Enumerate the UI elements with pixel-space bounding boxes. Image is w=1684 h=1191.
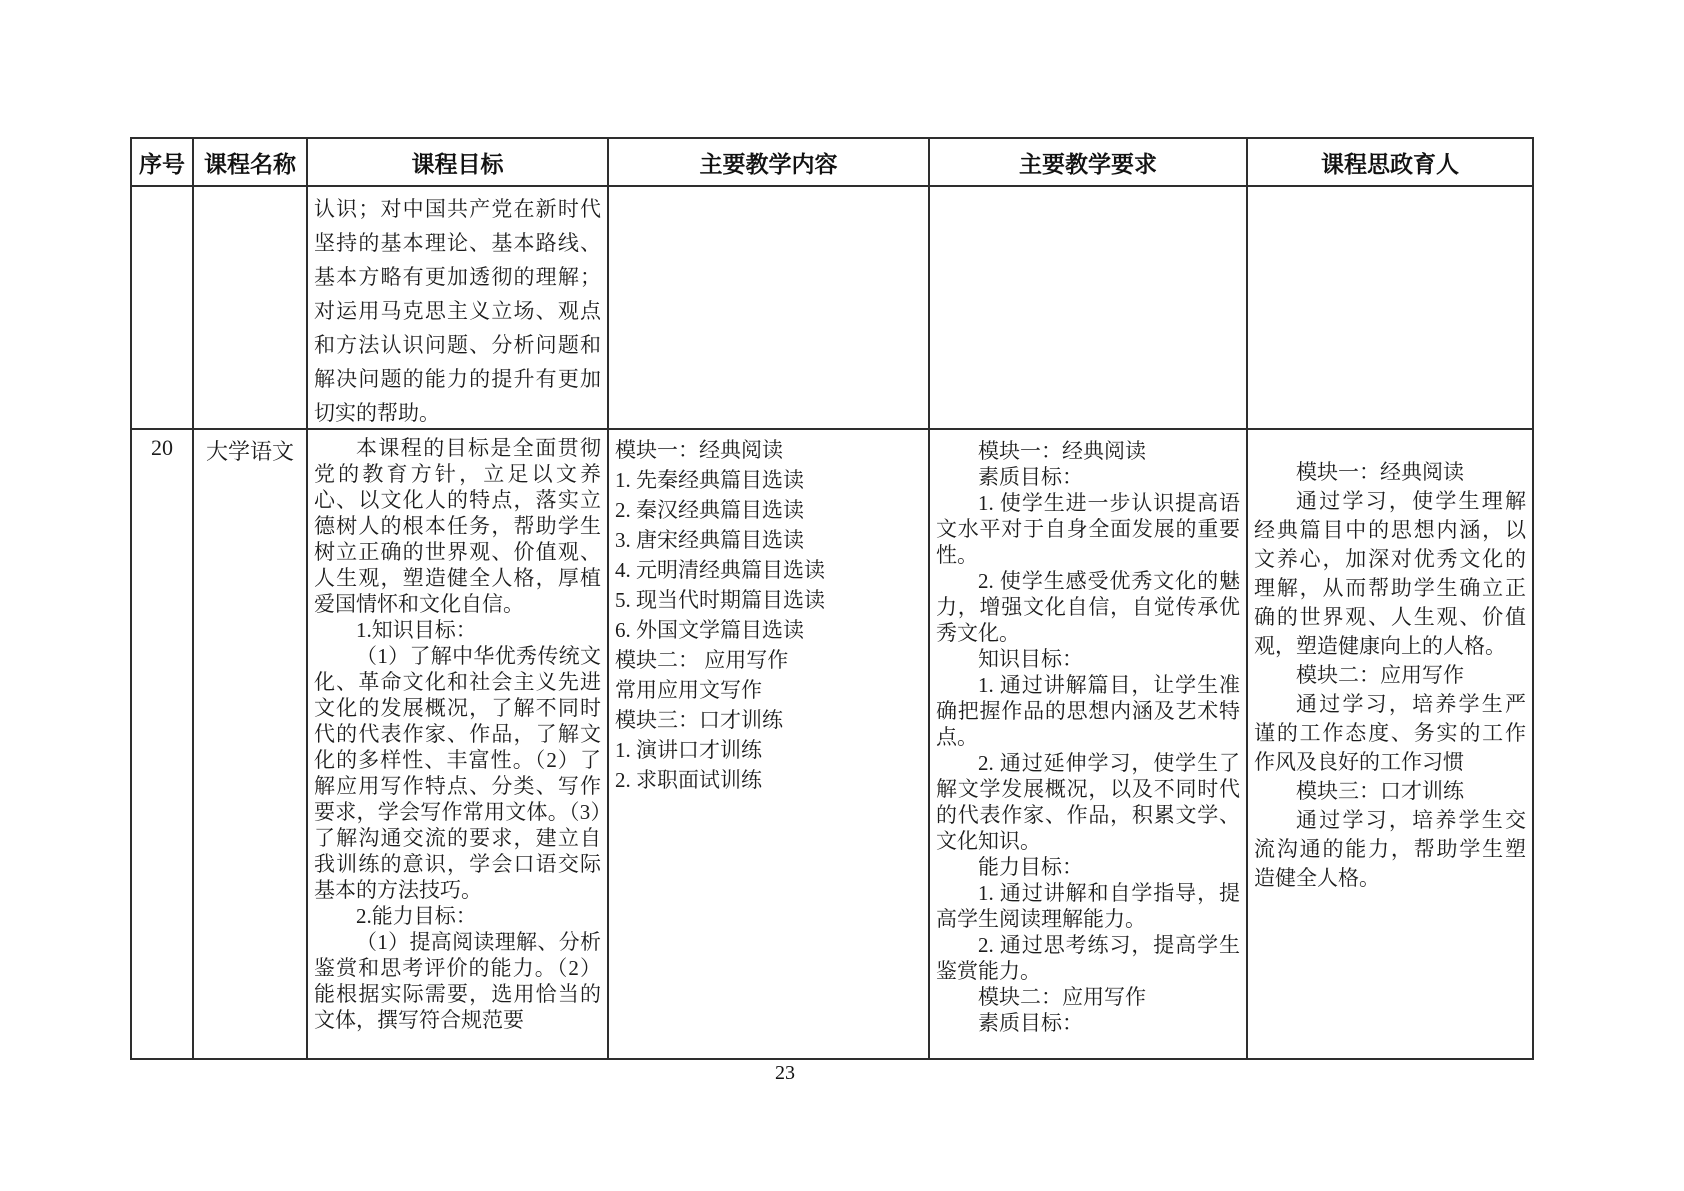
content-line: 1. 先秦经典篇目选读 — [615, 465, 922, 495]
content-line: 模块二： 应用写作 — [615, 645, 922, 675]
cell-content: 模块一：经典阅读 1. 先秦经典篇目选读 2. 秦汉经典篇目选读 3. 唐宋经典… — [608, 429, 929, 1059]
table-header-row: 序号 课程名称 课程目标 主要教学内容 主要教学要求 课程思政育人 — [131, 138, 1533, 186]
content-line: 3. 唐宋经典篇目选读 — [615, 525, 922, 555]
requirements-paragraph: 知识目标： — [936, 646, 1240, 672]
ideology-paragraph: 模块三：口才训练 — [1254, 777, 1526, 806]
table-row-continuation: 认识；对中国共产党在新时代坚持的基本理论、基本路线、基本方略有更加透彻的理解；对… — [131, 186, 1533, 429]
requirements-paragraph: 1. 使学生进一步认识提高语文水平对于自身全面发展的重要性。 — [936, 490, 1240, 568]
course-table: 序号 课程名称 课程目标 主要教学内容 主要教学要求 课程思政育人 认识；对中国… — [130, 137, 1534, 1060]
requirements-paragraph: 素质目标： — [936, 464, 1240, 490]
content-line: 4. 元明清经典篇目选读 — [615, 555, 922, 585]
page-number: 23 — [0, 1062, 1570, 1085]
cell-course-name: 大学语文 — [193, 429, 307, 1059]
content-line: 2. 秦汉经典篇目选读 — [615, 495, 922, 525]
objectives-paragraph: 本课程的目标是全面贯彻党的教育方针，立足以文养心、以文化人的特点，落实立德树人的… — [314, 435, 601, 617]
cell-content-empty — [608, 186, 929, 429]
requirements-paragraph: 模块二：应用写作 — [936, 984, 1240, 1010]
header-cell-requirements: 主要教学要求 — [929, 138, 1247, 186]
seq-number: 20 — [132, 430, 192, 466]
objectives-paragraph: 2.能力目标： — [314, 903, 601, 929]
content-line: 2. 求职面试训练 — [615, 765, 922, 795]
ideology-paragraph: 通过学习，培养学生严谨的工作态度、务实的工作作风及良好的工作习惯 — [1254, 690, 1526, 777]
table-row-course-20: 20 大学语文 本课程的目标是全面贯彻党的教育方针，立足以文养心、以文化人的特点… — [131, 429, 1533, 1059]
requirements-paragraph: 1. 通过讲解篇目，让学生准确把握作品的思想内涵及艺术特点。 — [936, 672, 1240, 750]
course-name: 大学语文 — [194, 430, 306, 471]
cell-seq: 20 — [131, 429, 193, 1059]
cell-name-empty — [193, 186, 307, 429]
content-line: 5. 现当代时期篇目选读 — [615, 585, 922, 615]
content-line: 模块一：经典阅读 — [615, 435, 922, 465]
header-cell-ideology: 课程思政育人 — [1247, 138, 1533, 186]
ideology-paragraph: 模块二：应用写作 — [1254, 661, 1526, 690]
ideology-paragraph: 通过学习，使学生理解经典篇目中的思想内涵，以文养心，加深对优秀文化的理解，从而帮… — [1254, 487, 1526, 661]
content-line: 1. 演讲口才训练 — [615, 735, 922, 765]
objectives-paragraph: 1.知识目标： — [314, 617, 601, 643]
document-page: 序号 课程名称 课程目标 主要教学内容 主要教学要求 课程思政育人 认识；对中国… — [0, 0, 1684, 1191]
objectives-paragraph: 认识；对中国共产党在新时代坚持的基本理论、基本路线、基本方略有更加透彻的理解；对… — [314, 192, 601, 428]
content-line: 6. 外国文学篇目选读 — [615, 615, 922, 645]
cell-seq-empty — [131, 186, 193, 429]
requirements-paragraph: 模块一：经典阅读 — [936, 438, 1240, 464]
requirements-paragraph: 2. 使学生感受优秀文化的魅力，增强文化自信，自觉传承优秀文化。 — [936, 568, 1240, 646]
requirements-paragraph: 1. 通过讲解和自学指导，提高学生阅读理解能力。 — [936, 880, 1240, 932]
cell-requirements: 模块一：经典阅读 素质目标： 1. 使学生进一步认识提高语文水平对于自身全面发展… — [929, 429, 1247, 1059]
header-cell-course-name: 课程名称 — [193, 138, 307, 186]
requirements-paragraph: 2. 通过思考练习，提高学生鉴赏能力。 — [936, 932, 1240, 984]
header-cell-objectives: 课程目标 — [307, 138, 608, 186]
ideology-paragraph: 模块一：经典阅读 — [1254, 458, 1526, 487]
cell-requirements-empty — [929, 186, 1247, 429]
cell-ideology: 模块一：经典阅读 通过学习，使学生理解经典篇目中的思想内涵，以文养心，加深对优秀… — [1247, 429, 1533, 1059]
requirements-paragraph: 2. 通过延伸学习，使学生了解文学发展概况，以及不同时代的代表作家、作品，积累文… — [936, 750, 1240, 854]
objectives-paragraph: （1）了解中华优秀传统文化、革命文化和社会主义先进文化的发展概况，了解不同时代的… — [314, 643, 601, 903]
requirements-paragraph: 素质目标： — [936, 1010, 1240, 1036]
cell-ideology-empty — [1247, 186, 1533, 429]
objectives-paragraph: （1）提高阅读理解、分析鉴赏和思考评价的能力。（2）能根据实际需要，选用恰当的文… — [314, 929, 601, 1033]
content-line: 模块三：口才训练 — [615, 705, 922, 735]
cell-objectives-continuation: 认识；对中国共产党在新时代坚持的基本理论、基本路线、基本方略有更加透彻的理解；对… — [307, 186, 608, 429]
cell-objectives: 本课程的目标是全面贯彻党的教育方针，立足以文养心、以文化人的特点，落实立德树人的… — [307, 429, 608, 1059]
header-cell-seq: 序号 — [131, 138, 193, 186]
requirements-paragraph: 能力目标： — [936, 854, 1240, 880]
header-cell-content: 主要教学内容 — [608, 138, 929, 186]
ideology-paragraph: 通过学习，培养学生交流沟通的能力，帮助学生塑造健全人格。 — [1254, 806, 1526, 893]
content-line: 常用应用文写作 — [615, 675, 922, 705]
